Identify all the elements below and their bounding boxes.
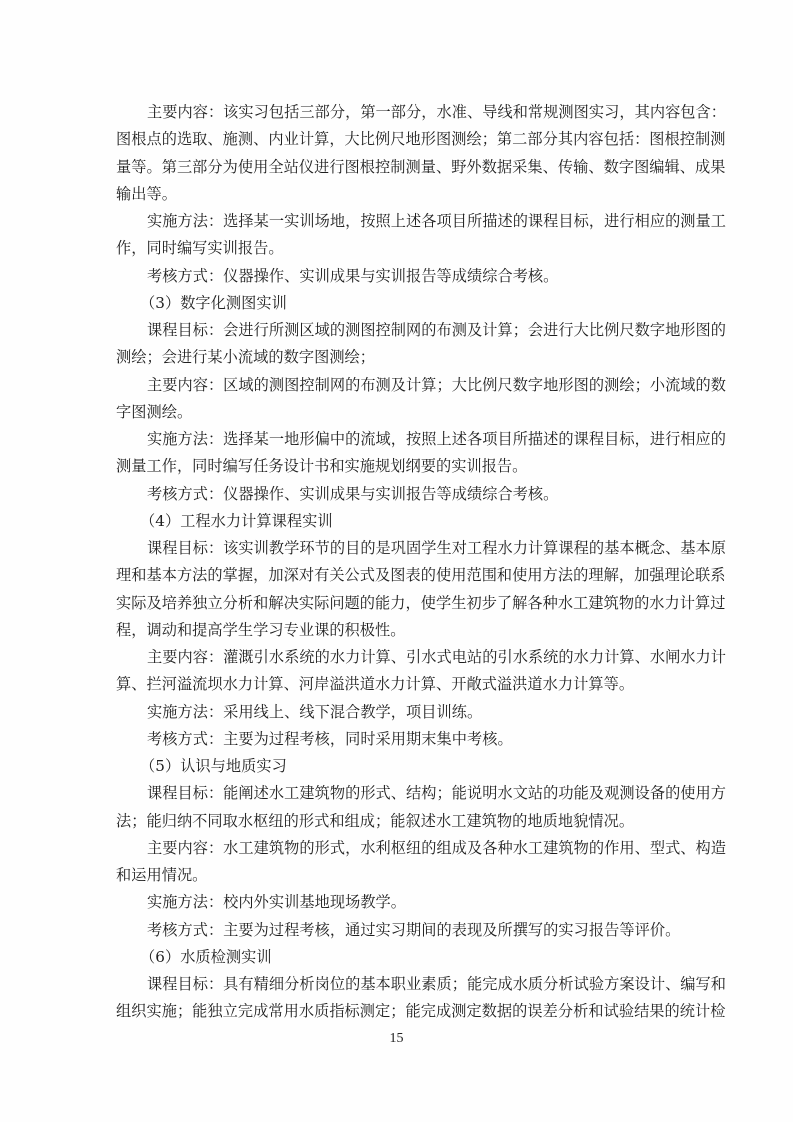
paragraph-line-main-content: 主要内容：该实习包括三部分，第一部分，水准、导线和常规测图实习，其内容包含： bbox=[116, 99, 672, 126]
paragraph-line-method: 实施方法：采用线上、线下混合教学，项目训练。 bbox=[116, 699, 672, 726]
section-heading-6: （6）水质检测实训 bbox=[116, 944, 672, 971]
paragraph-line: 法；能归纳不同取水枢纽的形式和组成；能叙述水工建筑物的地质地貌情况。 bbox=[116, 808, 672, 835]
paragraph-line-main-content: 主要内容：灌溉引水系统的水力计算、引水式电站的引水系统的水力计算、水闸水力计 bbox=[116, 644, 672, 671]
paragraph-line-objective: 课程目标：能阐述水工建筑物的形式、结构；能说明水文站的功能及观测设备的使用方 bbox=[116, 780, 672, 807]
paragraph-line-objective: 课程目标：该实训教学环节的目的是巩固学生对工程水力计算课程的基本概念、基本原 bbox=[116, 535, 672, 562]
page-number: 15 bbox=[0, 1031, 793, 1047]
paragraph-line-assessment: 考核方式：仪器操作、实训成果与实训报告等成绩综合考核。 bbox=[116, 263, 672, 290]
paragraph-line: 测量工作，同时编写任务设计书和实施规划纲要的实训报告。 bbox=[116, 453, 672, 480]
paragraph-line: 图根点的选取、施测、内业计算，大比例尺地形图测绘；第二部分其内容包括：图根控制测 bbox=[116, 126, 672, 153]
document-page: 主要内容：该实习包括三部分，第一部分，水准、导线和常规测图实习，其内容包含： 图… bbox=[0, 0, 793, 1122]
paragraph-line-assessment: 考核方式：仪器操作、实训成果与实训报告等成绩综合考核。 bbox=[116, 481, 672, 508]
paragraph-line: 程，调动和提高学生学习专业课的积极性。 bbox=[116, 617, 672, 644]
body-text: 主要内容：该实习包括三部分，第一部分，水准、导线和常规测图实习，其内容包含： 图… bbox=[116, 99, 672, 1026]
paragraph-line-assessment: 考核方式：主要为过程考核，通过实习期间的表现及所撰写的实习报告等评价。 bbox=[116, 917, 672, 944]
paragraph-line: 输出等。 bbox=[116, 181, 672, 208]
paragraph-line-objective: 课程目标：会进行所测区域的测图控制网的布测及计算；会进行大比例尺数字地形图的 bbox=[116, 317, 672, 344]
paragraph-line: 组织实施；能独立完成常用水质指标测定；能完成测定数据的误差分析和试验结果的统计检 bbox=[116, 998, 672, 1025]
paragraph-line-objective: 课程目标：具有精细分析岗位的基本职业素质；能完成水质分析试验方案设计、编写和 bbox=[116, 971, 672, 998]
section-heading-3: （3）数字化测图实训 bbox=[116, 290, 672, 317]
paragraph-line: 算、拦河溢流坝水力计算、河岸溢洪道水力计算、开敞式溢洪道水力计算等。 bbox=[116, 671, 672, 698]
section-heading-5: （5）认识与地质实习 bbox=[116, 753, 672, 780]
paragraph-line: 量等。第三部分为使用全站仪进行图根控制测量、野外数据采集、传输、数字图编辑、成果 bbox=[116, 154, 672, 181]
paragraph-line-method: 实施方法：选择某一地形偏中的流域，按照上述各项目所描述的课程目标，进行相应的 bbox=[116, 426, 672, 453]
paragraph-line: 和运用情况。 bbox=[116, 862, 672, 889]
paragraph-line-method: 实施方法：校内外实训基地现场教学。 bbox=[116, 889, 672, 916]
paragraph-line: 作，同时编写实训报告。 bbox=[116, 235, 672, 262]
paragraph-line: 理和基本方法的掌握，加深对有关公式及图表的使用范围和使用方法的理解，加强理论联系 bbox=[116, 562, 672, 589]
paragraph-line-method: 实施方法：选择某一实训场地，按照上述各项目所描述的课程目标，进行相应的测量工 bbox=[116, 208, 672, 235]
paragraph-line: 实际及培养独立分析和解决实际问题的能力，使学生初步了解各种水工建筑物的水力计算过 bbox=[116, 590, 672, 617]
paragraph-line-main-content: 主要内容：区域的测图控制网的布测及计算；大比例尺数字地形图的测绘；小流域的数 bbox=[116, 372, 672, 399]
paragraph-line-assessment: 考核方式：主要为过程考核，同时采用期末集中考核。 bbox=[116, 726, 672, 753]
paragraph-line: 字图测绘。 bbox=[116, 399, 672, 426]
paragraph-line-main-content: 主要内容：水工建筑物的形式，水利枢纽的组成及各种水工建筑物的作用、型式、构造 bbox=[116, 835, 672, 862]
section-heading-4: （4）工程水力计算课程实训 bbox=[116, 508, 672, 535]
paragraph-line: 测绘；会进行某小流域的数字图测绘； bbox=[116, 344, 672, 371]
